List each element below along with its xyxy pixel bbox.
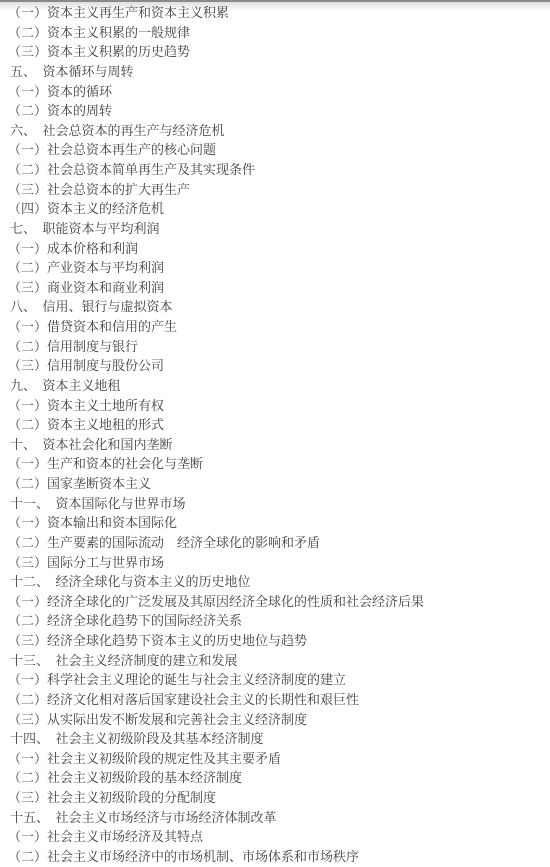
toc-item-line: （二）经济文化相对落后国家建设社会主义的长期性和艰巨性 — [8, 690, 548, 710]
toc-item-line: （一）资本输出和资本国际化 — [8, 513, 548, 533]
toc-chapter-line: 五、 资本循环与周转 — [8, 62, 548, 82]
toc-item-line: （一）资本的循环 — [8, 82, 548, 102]
toc-item-line: （二）资本主义地租的形式 — [8, 415, 548, 435]
toc-item-line: （一）社会主义市场经济及其特点 — [8, 827, 548, 847]
toc-item-line: （一）成本价格和利润 — [8, 239, 548, 259]
toc-item-line: （一）社会主义初级阶段的规定性及其主要矛盾 — [8, 749, 548, 769]
toc-chapter-line: 六、 社会总资本的再生产与经济危机 — [8, 121, 548, 141]
toc-chapter-line: 九、 资本主义地租 — [8, 376, 548, 396]
toc-item-line: （二）社会主义初级阶段的基本经济制度 — [8, 768, 548, 788]
toc-outline: （一）资本主义再生产和资本主义积累（二）资本主义积累的一般规律（三）资本主义积累… — [8, 3, 548, 867]
toc-item-line: （四）资本主义的经济危机 — [8, 199, 548, 219]
toc-item-line: （二）社会主义市场经济中的市场机制、市场体系和市场秩序 — [8, 847, 548, 867]
toc-item-line: （二）资本的周转 — [8, 101, 548, 121]
toc-item-line: （二）生产要素的国际流动 经济全球化的影响和矛盾 — [8, 533, 548, 553]
toc-chapter-line: 八、 信用、银行与虚拟资本 — [8, 297, 548, 317]
toc-item-line: （三）经济全球化趋势下资本主义的历史地位与趋势 — [8, 631, 548, 651]
toc-item-line: （一）生产和资本的社会化与垄断 — [8, 454, 548, 474]
toc-item-line: （二）国家垄断资本主义 — [8, 474, 548, 494]
toc-item-line: （三）社会总资本的扩大再生产 — [8, 180, 548, 200]
toc-chapter-line: 十、 资本社会化和国内垄断 — [8, 435, 548, 455]
toc-item-line: （一）科学社会主义理论的诞生与社会主义经济制度的建立 — [8, 670, 548, 690]
toc-chapter-line: 十二、 经济全球化与资本主义的历史地位 — [8, 572, 548, 592]
toc-item-line: （二）资本主义积累的一般规律 — [8, 23, 548, 43]
toc-item-line: （二）社会总资本简单再生产及其实现条件 — [8, 160, 548, 180]
document-page: （一）资本主义再生产和资本主义积累（二）资本主义积累的一般规律（三）资本主义积累… — [0, 0, 550, 867]
toc-chapter-line: 十一、 资本国际化与世界市场 — [8, 494, 548, 514]
toc-item-line: （二）信用制度与银行 — [8, 337, 548, 357]
toc-chapter-line: 十三、 社会主义经济制度的建立和发展 — [8, 651, 548, 671]
toc-item-line: （一）借贷资本和信用的产生 — [8, 317, 548, 337]
toc-chapter-line: 十四、 社会主义初级阶段及其基本经济制度 — [8, 729, 548, 749]
toc-item-line: （三）信用制度与股份公司 — [8, 356, 548, 376]
toc-chapter-line: 七、 职能资本与平均利润 — [8, 219, 548, 239]
toc-item-line: （一）资本主义土地所有权 — [8, 396, 548, 416]
toc-item-line: （二）产业资本与平均利润 — [8, 258, 548, 278]
toc-item-line: （三）商业资本和商业利润 — [8, 278, 548, 298]
toc-chapter-line: 十五、 社会主义市场经济与市场经济体制改革 — [8, 808, 548, 828]
toc-item-line: （一）社会总资本再生产的核心问题 — [8, 140, 548, 160]
toc-item-line: （一）资本主义再生产和资本主义积累 — [8, 3, 548, 23]
toc-item-line: （一）经济全球化的广泛发展及其原因经济全球化的性质和社会经济后果 — [8, 592, 548, 612]
toc-item-line: （三）从实际出发不断发展和完善社会主义经济制度 — [8, 710, 548, 730]
toc-item-line: （三）资本主义积累的历史趋势 — [8, 42, 548, 62]
toc-item-line: （三）社会主义初级阶段的分配制度 — [8, 788, 548, 808]
toc-item-line: （三）国际分工与世界市场 — [8, 553, 548, 573]
toc-item-line: （二）经济全球化趋势下的国际经济关系 — [8, 611, 548, 631]
